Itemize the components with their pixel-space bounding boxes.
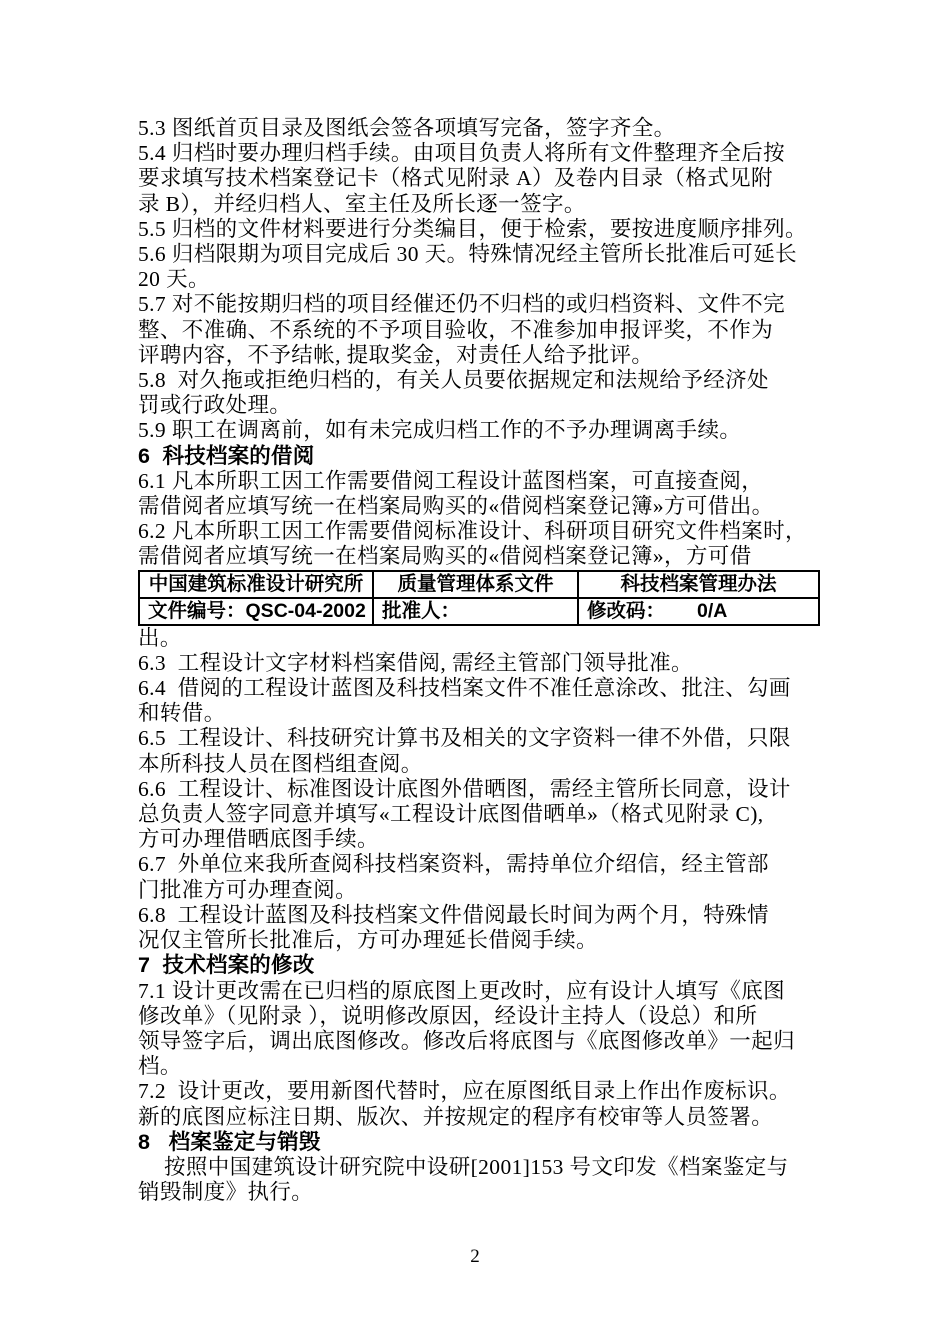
clause-6-5-line-2: 本所科技人员在图档组查阅。: [138, 752, 833, 777]
clause-6-6-line-1: 6.6 工程设计、标准图设计底图外借晒图，需经主管所长同意，设计: [138, 777, 833, 802]
clause-6-7-line-1: 6.7 外单位来我所查阅科技档案资料，需持单位介绍信，经主管部: [138, 852, 833, 877]
document-header-table: 中国建筑标准设计研究所 质量管理体系文件 科技档案管理办法 文件编号：QSC-0…: [138, 570, 820, 626]
clause-7-1-line-2: 修改单》（见附录 ），说明修改原因，经设计主持人（设总）和所: [138, 1004, 833, 1029]
clause-5-8-line-2: 罚或行政处理。: [138, 393, 833, 418]
clause-8-line-1: 按照中国建筑设计研究院中设研[2001]153 号文印发《档案鉴定与: [138, 1155, 833, 1180]
clause-5-4-line-3: 录 B），并经归档人、室主任及所长逐一签字。: [138, 192, 833, 217]
file-number-label: 文件编号：: [148, 600, 246, 622]
section-heading-6: 6 科技档案的借阅: [138, 444, 833, 469]
clause-6-1-line-1: 6.1 凡本所职工因工作需要借阅工程设计蓝图档案，可直接查阅，: [138, 469, 833, 494]
quality-system-cell: 质量管理体系文件: [373, 571, 578, 598]
clause-7-1-line-1: 7.1 设计更改需在已归档的原底图上更改时，应有设计人填写《底图: [138, 979, 833, 1004]
clause-7-2-line-1: 7.2 设计更改，要用新图代替时，应在原图纸目录上作出作废标识。: [138, 1079, 833, 1104]
revision-value: 0/A: [665, 600, 727, 622]
file-number-value: QSC-04-2002: [246, 600, 366, 622]
clause-5-5: 5.5 归档的文件材料要进行分类编目，便于检索，要按进度顺序排列。: [138, 217, 833, 242]
quality-system-label: 质量管理体系文件: [397, 573, 553, 595]
clause-5-9: 5.9 职工在调离前，如有未完成归档工作的不予办理调离手续。: [138, 418, 833, 443]
clause-7-1-line-4: 档。: [138, 1054, 833, 1079]
doc-title: 科技档案管理办法: [620, 573, 776, 595]
clause-6-5-line-1: 6.5 工程设计、科技研究计算书及相关的文字资料一律不外借，只限: [138, 726, 833, 751]
clause-6-3: 6.3 工程设计文字材料档案借阅, 需经主管部门领导批准。: [138, 651, 833, 676]
document-content: 5.3 图纸首页目录及图纸会签各项填写完备，签字齐全。 5.4 归档时要办理归档…: [138, 116, 833, 1205]
clause-5-6-line-1: 5.6 归档限期为项目完成后 30 天。特殊情况经主管所长批准后可延长: [138, 242, 833, 267]
clause-5-4-line-2: 要求填写技术档案登记卡（格式见附录 A）及卷内目录（格式见附: [138, 166, 833, 191]
section-heading-8: 8 档案鉴定与销毁: [138, 1130, 833, 1155]
clause-6-2-line-3: 出。: [138, 626, 833, 651]
clause-5-7-line-1: 5.7 对不能按期归档的项目经催还仍不归档的或归档资料、文件不完: [138, 292, 833, 317]
section-heading-7: 7 技术档案的修改: [138, 953, 833, 978]
clause-6-6-line-3: 方可办理借晒底图手续。: [138, 827, 833, 852]
file-number-cell: 文件编号：QSC-04-2002: [139, 598, 373, 625]
approver-label: 批准人：: [382, 600, 460, 622]
table-info-row: 文件编号：QSC-04-2002 批准人： 修改码：0/A: [139, 598, 819, 625]
clause-5-8-line-1: 5.8 对久拖或拒绝归档的，有关人员要依据规定和法规给予经济处: [138, 368, 833, 393]
clause-5-3: 5.3 图纸首页目录及图纸会签各项填写完备，签字齐全。: [138, 116, 833, 141]
clause-6-2-line-2: 需借阅者应填写统一在档案局购买的«借阅档案登记簿»，方可借: [138, 544, 833, 569]
clause-5-7-line-2: 整、不准确、不系统的不予项目验收，不准参加申报评奖，不作为: [138, 318, 833, 343]
page-number: 2: [0, 1246, 950, 1268]
document-page: 5.3 图纸首页目录及图纸会签各项填写完备，签字齐全。 5.4 归档时要办理归档…: [0, 0, 950, 1344]
clause-6-4-line-2: 和转借。: [138, 701, 833, 726]
org-name-cell: 中国建筑标准设计研究所: [139, 571, 373, 598]
clause-6-8-line-2: 况仅主管所长批准后，方可办理延长借阅手续。: [138, 928, 833, 953]
clause-6-1-line-2: 需借阅者应填写统一在档案局购买的«借阅档案登记簿»方可借出。: [138, 494, 833, 519]
org-name: 中国建筑标准设计研究所: [149, 573, 364, 595]
clause-6-7-line-2: 门批准方可办理查阅。: [138, 878, 833, 903]
table-header-row: 中国建筑标准设计研究所 质量管理体系文件 科技档案管理办法: [139, 571, 819, 598]
clause-6-4-line-1: 6.4 借阅的工程设计蓝图及科技档案文件不准任意涂改、批注、勾画: [138, 676, 833, 701]
clause-5-4-line-1: 5.4 归档时要办理归档手续。由项目负责人将所有文件整理齐全后按: [138, 141, 833, 166]
approver-cell: 批准人：: [373, 598, 578, 625]
clause-5-6-line-2: 20 天。: [138, 267, 833, 292]
clause-7-1-line-3: 领导签字后，调出底图修改。修改后将底图与《底图修改单》一起归: [138, 1029, 833, 1054]
clause-6-8-line-1: 6.8 工程设计蓝图及科技档案文件借阅最长时间为两个月，特殊情: [138, 903, 833, 928]
clause-6-2-line-1: 6.2 凡本所职工因工作需要借阅标准设计、科研项目研究文件档案时，: [138, 519, 833, 544]
revision-cell: 修改码：0/A: [578, 598, 819, 625]
clause-7-2-line-2: 新的底图应标注日期、版次、并按规定的程序有校审等人员签署。: [138, 1105, 833, 1130]
doc-title-cell: 科技档案管理办法: [578, 571, 819, 598]
clause-5-7-line-3: 评聘内容，不予结帐, 提取奖金，对责任人给予批评。: [138, 343, 833, 368]
revision-label: 修改码：: [587, 600, 665, 622]
clause-8-line-2: 销毁制度》执行。: [138, 1180, 833, 1205]
clause-6-6-line-2: 总负责人签字同意并填写«工程设计底图借晒单»（格式见附录 C),: [138, 802, 833, 827]
